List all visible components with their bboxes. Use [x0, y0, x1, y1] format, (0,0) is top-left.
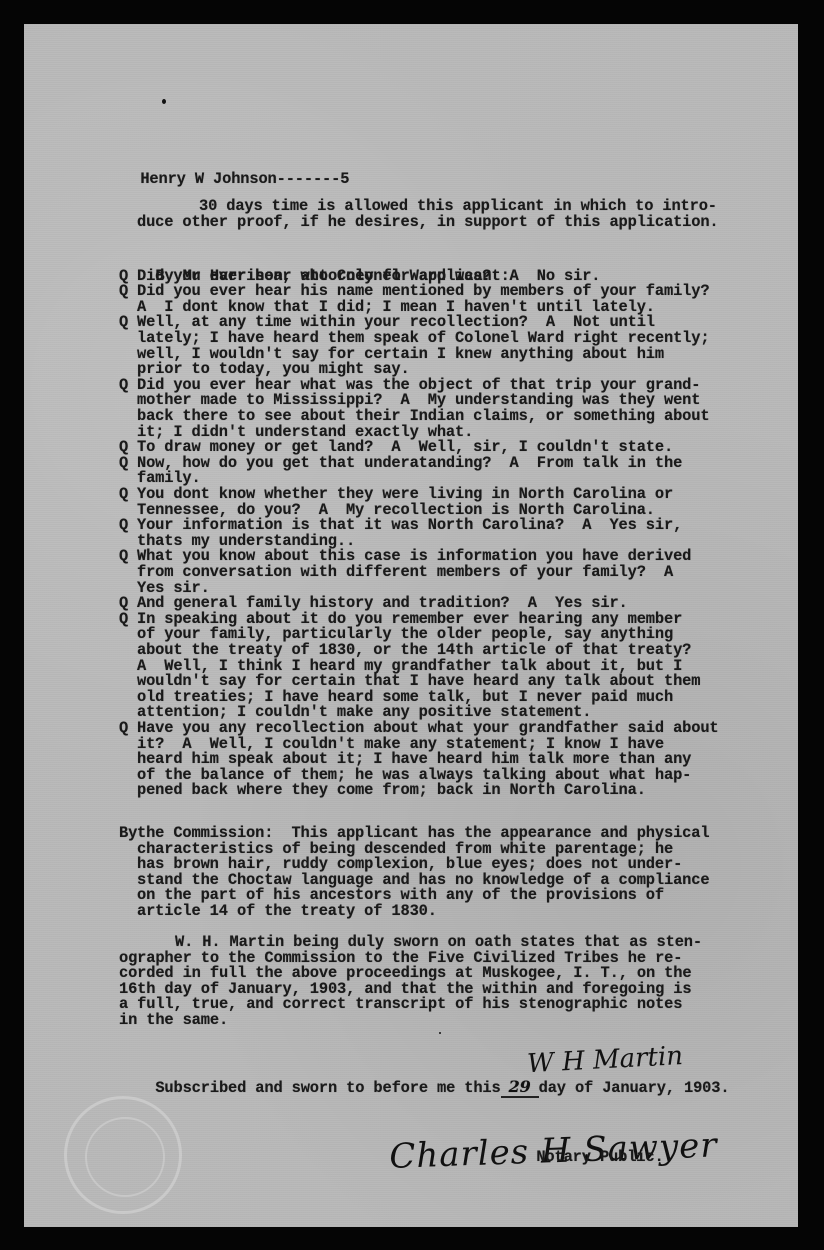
testimony-marker: Q [119, 549, 128, 565]
commission-line: article 14 of the treaty of 1830. [137, 904, 437, 920]
certification-line: in the same. [119, 1013, 228, 1029]
intro-line: duce other proof, if he desires, in supp… [137, 215, 719, 231]
seal-inner-ring [85, 1117, 165, 1197]
commission-marker: By [119, 826, 137, 842]
ink-speck [162, 99, 166, 104]
testimony-marker: Q [119, 284, 128, 300]
document-page: Henry W Johnson-------5 30 days time is … [24, 24, 798, 1227]
embossed-seal [64, 1096, 182, 1214]
testimony-marker: Q [119, 487, 128, 503]
testimony-marker: Q [119, 612, 128, 628]
testimony-marker: Q [119, 378, 128, 394]
testimony-line: from conversation with different members… [137, 565, 673, 581]
notary-title: Notary Public. [500, 1134, 664, 1181]
testimony-block: QDid you ever hear who Colonel Ward was?… [119, 269, 809, 829]
testimony-marker: Q [119, 721, 128, 737]
certification-paragraph: W. H. Martin being duly sworn on oath st… [119, 935, 809, 1035]
header-title: Henry W Johnson-------5 [140, 170, 349, 188]
testimony-marker: Q [119, 456, 128, 472]
ink-speck [439, 1032, 441, 1034]
testimony-line: Now, how do you get that underatanding? … [137, 456, 682, 472]
testimony-line: pened back where they come from; back in… [137, 783, 646, 799]
commission-statement: By the Commission: This applicant has th… [119, 826, 809, 926]
testimony-marker: Q [119, 518, 128, 534]
page-header: Henry W Johnson-------5 [104, 156, 349, 203]
testimony-marker: Q [119, 315, 128, 331]
